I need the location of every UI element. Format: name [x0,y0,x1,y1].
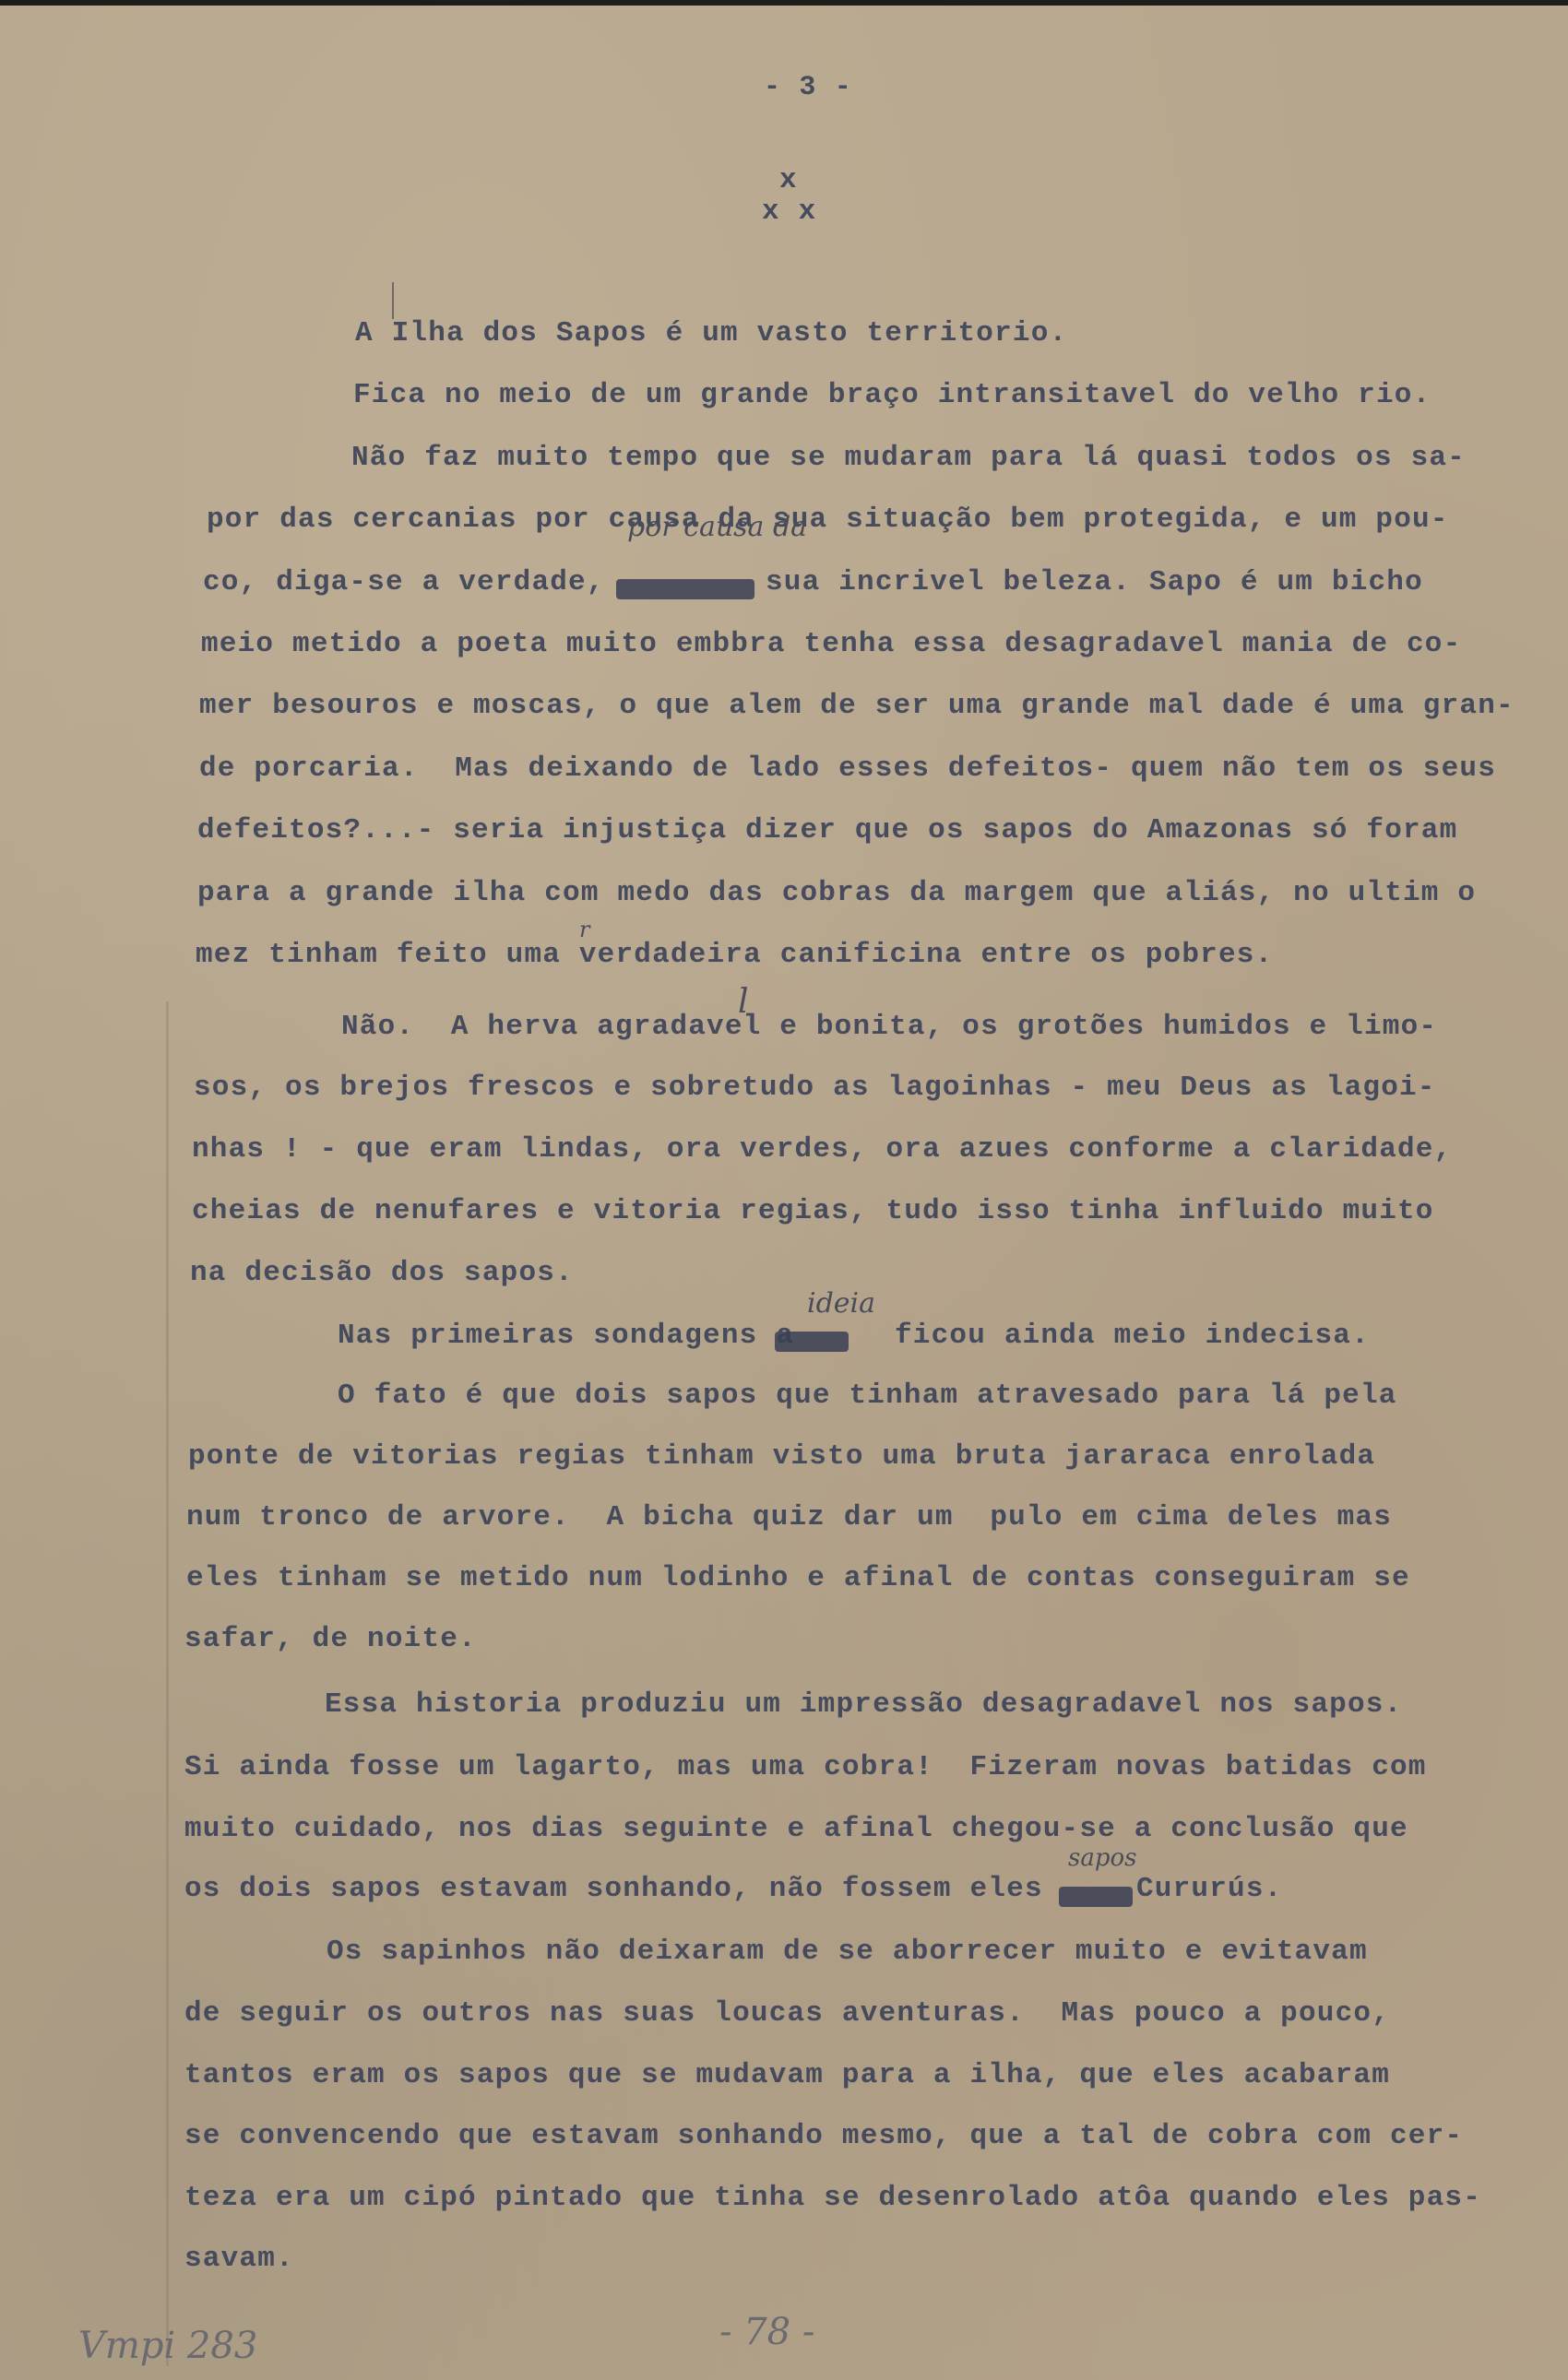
text-line: savam. [184,2243,294,2275]
text-line: ponte de vitorias regias tinham visto um… [188,1440,1375,1473]
text-line: Não faz muito tempo que se mudaram para … [351,442,1466,474]
struck-out-word [775,1332,849,1352]
text-line: Fica no meio de um grande braço intransi… [353,379,1431,411]
handwritten-correction: por causa da [627,511,807,543]
section-ornament-bottom: x x [762,195,816,228]
text-line: mer besouros e moscas, o que alem de ser… [199,690,1515,722]
text-line: na decisão dos sapos. [190,1257,574,1289]
text-line: Nas primeiras sondagens a [338,1320,794,1352]
text-line: de porcaria. Mas deixando de lado esses … [199,752,1496,785]
text-line: cheias de nenufares e vitoria regias, tu… [192,1195,1434,1227]
text-line: A Ilha dos Sapos é um vasto territorio. [355,317,1067,349]
text-line: os dois sapos estavam sonhando, não foss… [184,1873,1043,1905]
text-line: safar, de noite. [184,1623,477,1655]
struck-out-word [1059,1887,1133,1907]
text-line: por das cercanias por causa da sua situa… [207,503,1449,536]
folio-number: - 78 - [719,2311,814,2353]
archive-code: Vmpi 283 [78,2325,257,2367]
text-line: ficou ainda meio indecisa. [895,1320,1370,1352]
text-line: co, diga-se a verdade, [203,566,605,598]
section-ornament-top: x [779,164,798,196]
text-line: eles tinham se metido num lodinho e afin… [186,1562,1410,1594]
text-line: nhas ! - que eram lindas, ora verdes, or… [192,1133,1452,1166]
text-line: muito cuidado, nos dias seguinte e afina… [184,1813,1408,1845]
handwritten-correction: ideia [807,1287,875,1320]
struck-out-word [616,579,754,599]
typewritten-page: - 3 - x x x A Ilha dos Sapos é um vasto … [0,6,1568,2380]
paper-crease [166,1001,169,2366]
page-marker: - 3 - [764,72,852,103]
handwritten-correction: sapos [1068,1844,1136,1872]
text-line: Cururús. [1136,1873,1282,1905]
pencil-mark [392,282,394,319]
text-line: Si ainda fosse um lagarto, mas uma cobra… [184,1751,1427,1783]
text-line: sua incrivel beleza. Sapo é um bicho [766,566,1423,598]
text-line: num tronco de arvore. A bicha quiz dar u… [186,1501,1392,1533]
text-line: sos, os brejos frescos e sobretudo as la… [194,1072,1436,1104]
text-line: teza era um cipó pintado que tinha se de… [184,2182,1481,2214]
text-line: Não. A herva agradavel e bonita, os grot… [341,1011,1437,1043]
text-line: de seguir os outros nas suas loucas aven… [184,1997,1390,2030]
text-line: meio metido a poeta muito embbra tenha e… [201,628,1461,660]
text-line: Os sapinhos não deixaram de se aborrecer… [327,1936,1368,1968]
text-line: mez tinham feito uma verdadeira canifici… [196,939,1273,971]
text-line: Essa historia produziu um impressão desa… [325,1688,1402,1721]
text-line: tantos eram os sapos que se mudavam para… [184,2059,1390,2091]
text-line: se convencendo que estavam sonhando mesm… [184,2120,1463,2152]
text-line: para a grande ilha com medo das cobras d… [197,877,1476,909]
text-line: defeitos?...- seria injustiça dizer que … [197,814,1457,847]
text-line: O fato é que dois sapos que tinham atrav… [338,1379,1397,1412]
